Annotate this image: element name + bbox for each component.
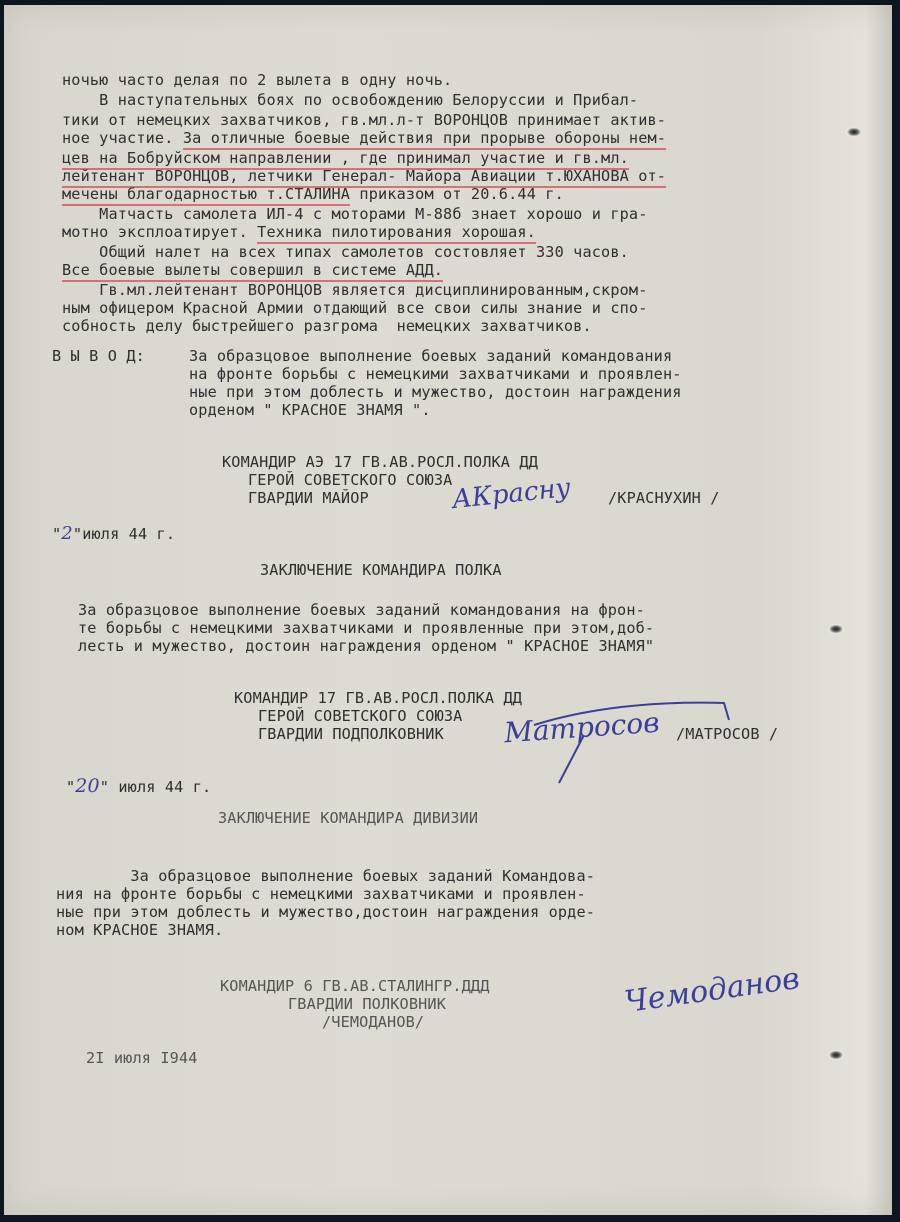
text-line: цев на Бобруйском направлении , где прин… [62, 149, 629, 167]
punch-hole-icon [828, 1050, 844, 1060]
text-line: ные при этом доблесть и мужество,достоин… [56, 903, 595, 921]
underlined-text: За отличные боевые действия при прорыве … [183, 129, 666, 150]
text-line: лейтенант ВОРОНЦОВ, летчики Генерал- Май… [62, 167, 666, 185]
text-line: Матчасть самолета ИЛ-4 с моторами М-88б … [62, 205, 648, 223]
signature-stroke-icon [524, 695, 744, 795]
signatory-title: ГЕРОЙ СОВЕТСКОГО СОЮЗА [248, 471, 452, 489]
text-line: ния на фронте борьбы с немецкими захватч… [56, 885, 586, 903]
text-line: В наступательных боях по освобождению Бе… [62, 91, 638, 109]
text-fragment: ное участие. [62, 129, 183, 147]
text-line: ночью часто делая по 2 вылета в одну ноч… [62, 71, 452, 89]
signatory-rank: ГВАРДИИ МАЙОР [248, 489, 369, 507]
handwritten-signature: АКрасну [451, 473, 572, 515]
handwritten-date-day: 2 [61, 523, 73, 544]
text-line: ным офицером Красной Армии отдающий все … [62, 299, 648, 317]
underlined-text: мечены благодарностью т.СТАЛИНА [62, 185, 350, 206]
punch-hole-icon [846, 127, 862, 137]
section-title: ЗАКЛЮЧЕНИЕ КОМАНДИРА ДИВИЗИИ [218, 809, 478, 827]
text-fragment: мотно эксплоатирует. [62, 223, 257, 241]
date-quote: " [66, 778, 75, 796]
underlined-text: Все боевые вылеты совершил в системе АДД… [62, 261, 443, 282]
signatory-name: /ЧЕМОДАНОВ/ [322, 1013, 424, 1031]
punch-hole-icon [828, 624, 844, 634]
text-line: ные при этом доблесть и мужество, достои… [189, 383, 682, 401]
text-line: мотно эксплоатирует. Техника пилотирован… [62, 223, 536, 241]
underlined-text: Техника пилотирования хорошая. [257, 223, 536, 244]
signatory-title: КОМАНДИР 6 ГВ.АВ.СТАЛИНГР.ДДД [220, 977, 490, 995]
document-page: ночью часто делая по 2 вылета в одну ноч… [4, 5, 892, 1215]
text-line: мечены благодарностью т.СТАЛИНА приказом… [62, 185, 564, 203]
signatory-rank: ГВАРДИИ ПОДПОЛКОВНИК [258, 725, 444, 743]
signatory-title: ГЕРОЙ СОВЕТСКОГО СОЮЗА [258, 707, 462, 725]
text-line: лесть и мужество, достоин награждения ор… [78, 637, 654, 655]
text-line: Общий налет на всех типах самолетов сост… [62, 243, 629, 261]
date-text: "июля 44 г. [73, 525, 175, 543]
date-line: 2I июля I944 [86, 1049, 198, 1067]
text-line: ном КРАСНОЕ ЗНАМЯ. [56, 921, 223, 939]
text-line: За образцовое выполнение боевых заданий … [189, 347, 672, 365]
handwritten-date-day: 20 [75, 775, 99, 797]
signatory-title: КОМАНДИР АЭ 17 ГВ.АВ.РОСЛ.ПОЛКА ДД [222, 453, 538, 471]
text-line: собность делу быстрейшего разгрома немец… [62, 317, 592, 335]
date-text: " июля 44 г. [100, 778, 212, 796]
handwritten-signature: Чемоданов [622, 961, 801, 1020]
date-line: "2"июля 44 г. [52, 525, 175, 543]
signatory-name: /МАТРОСОВ / [676, 725, 778, 743]
text-line: Все боевые вылеты совершил в системе АДД… [62, 261, 443, 279]
text-line: тики от немецких захватчиков, гв.мл.л-т … [62, 111, 666, 129]
signatory-title: КОМАНДИР 17 ГВ.АВ.РОСЛ.ПОЛКА ДД [234, 689, 522, 707]
text-line: Гв.мл.лейтенант ВОРОНЦОВ является дисцип… [62, 281, 648, 299]
text-line: ное участие. За отличные боевые действия… [62, 129, 666, 147]
text-line: За образцовое выполнение боевых заданий … [78, 601, 645, 619]
conclusion-label: В Ы В О Д: [52, 347, 145, 365]
text-line: За образцовое выполнение боевых заданий … [56, 867, 595, 885]
text-line: те борьбы с немецкими захватчиками и про… [78, 619, 654, 637]
section-title: ЗАКЛЮЧЕНИЕ КОМАНДИРА ПОЛКА [260, 561, 502, 579]
signatory-name: /КРАСНУХИН / [608, 489, 720, 507]
text-line: на фронте борьбы с немецкими захватчикам… [189, 365, 682, 383]
text-fragment: приказом от 20.6.44 г. [350, 185, 564, 203]
date-quote: " [52, 525, 61, 543]
date-line: "20" июля 44 г. [66, 777, 211, 796]
signatory-rank: ГВАРДИИ ПОЛКОВНИК [288, 995, 446, 1013]
text-line: орденом " КРАСНОЕ ЗНАМЯ ". [189, 401, 431, 419]
